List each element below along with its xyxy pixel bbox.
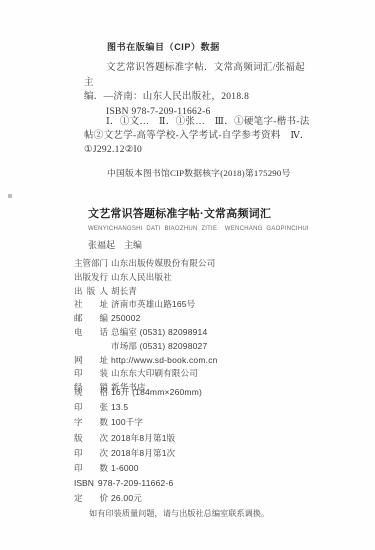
info-value: 13.5 bbox=[111, 402, 128, 412]
info-value: 2018年8月第1次 bbox=[111, 448, 175, 458]
cip-record-number: 中国版本图书馆CIP数据核字(2018)第175290号 bbox=[107, 166, 291, 179]
info-label: 印张 bbox=[74, 401, 108, 414]
info-label: 版次 bbox=[74, 432, 108, 445]
cip-classification: Ⅰ．①文… Ⅱ．①张… Ⅲ．①硬笔字-楷书-法 帖②文艺学-高等学校-入学考试-… bbox=[84, 115, 324, 158]
info-value: 山东人民出版社 bbox=[111, 272, 172, 282]
cip-entry-line: 文艺常识答题标准字帖．文常高频词汇/张福起主 bbox=[84, 61, 314, 90]
info-label: 印装 bbox=[74, 368, 108, 380]
info-label: 网址 bbox=[74, 355, 108, 367]
cip-class-line: 帖②文艺学-高等学校-入学考试-自学参考资料 Ⅳ． bbox=[84, 129, 324, 143]
info-value: 山东东大印刷有限公司 bbox=[111, 368, 198, 378]
cip-class-line: ①J292.12②I0 bbox=[84, 143, 324, 157]
info-value: 250002 bbox=[111, 313, 141, 323]
info-value: 978-7-209-11662-6 bbox=[98, 478, 174, 488]
info-row: 社址济南市英雄山路165号 bbox=[74, 297, 354, 311]
info-value: 山东出版传媒股份有限公司 bbox=[111, 258, 215, 268]
info-value: 总编室 (0531) 82098914 bbox=[111, 327, 207, 337]
info-label: 电话 bbox=[74, 327, 108, 339]
info-label: 规格 bbox=[74, 386, 108, 399]
info-label: 出版发行 bbox=[74, 272, 108, 284]
info-label: 主管部门 bbox=[74, 258, 108, 270]
info-value: 100千字 bbox=[111, 417, 143, 427]
info-row: 印次2018年8月第1次 bbox=[74, 445, 354, 460]
info-value: http://www.sd-book.com.cn bbox=[111, 355, 218, 365]
info-row: 印数1-6000 bbox=[74, 460, 354, 475]
info-row: 规格16开 (184mm×260mm) bbox=[74, 384, 354, 399]
price-row: 定价26.00元 bbox=[74, 490, 354, 505]
publication-info: 主管部门山东出版传媒股份有限公司 出版发行山东人民出版社 出版人胡长青 社址济南… bbox=[74, 256, 354, 394]
quality-note: 如有印装质量问题，请与出版社总编室联系调换。 bbox=[89, 507, 354, 520]
scan-artifact bbox=[8, 194, 12, 198]
info-row: 版次2018年8月第1版 bbox=[74, 430, 354, 445]
info-row: 字数100千字 bbox=[74, 414, 354, 429]
cip-entry-paragraph: 文艺常识答题标准字帖．文常高频词汇/张福起主 编．—济南：山东人民出版社，201… bbox=[84, 61, 314, 119]
book-author: 张福起 主编 bbox=[88, 238, 348, 251]
info-label: 定价 bbox=[74, 492, 108, 505]
info-row: 出版发行山东人民出版社 bbox=[74, 270, 354, 284]
cip-class-line: Ⅰ．①文… Ⅱ．①张… Ⅲ．①硬笔字-楷书-法 bbox=[84, 115, 324, 129]
title-block: 文艺常识答题标准字帖·文常高频词汇 WENYICHANGSHI DATI BIA… bbox=[88, 205, 348, 251]
info-label: 印数 bbox=[74, 462, 108, 475]
info-row: 电话总编室 (0531) 82098914 bbox=[74, 325, 354, 339]
book-title-pinyin: WENYICHANGSHI DATI BIAOZHUN ZITIE WENCHA… bbox=[88, 226, 348, 232]
cip-entry-line: 编．—济南：山东人民出版社，2018.8 bbox=[84, 90, 314, 105]
isbn-row: ISBN978-7-209-11662-6 bbox=[74, 475, 354, 490]
info-label: 字数 bbox=[74, 416, 108, 429]
info-value: 26.00元 bbox=[111, 493, 142, 503]
info-value: 胡长青 bbox=[111, 286, 137, 296]
info-value: 市场部 (0531) 82098027 bbox=[111, 341, 207, 351]
info-value: 1-6000 bbox=[111, 463, 139, 473]
info-value: 2018年8月第1版 bbox=[111, 433, 175, 443]
info-label: 出版人 bbox=[74, 286, 108, 298]
copyright-page: 图书在版编目（CIP）数据 文艺常识答题标准字帖．文常高频词汇/张福起主 编．—… bbox=[0, 0, 375, 550]
book-title: 文艺常识答题标准字帖·文常高频词汇 bbox=[88, 205, 348, 221]
info-row: 邮编250002 bbox=[74, 311, 354, 325]
info-label: 印次 bbox=[74, 447, 108, 460]
info-value: 济南市英雄山路165号 bbox=[111, 299, 195, 309]
print-info: 规格16开 (184mm×260mm) 印张13.5 字数100千字 版次201… bbox=[74, 384, 354, 520]
info-label: ISBN bbox=[74, 477, 94, 490]
info-value: 16开 (184mm×260mm) bbox=[111, 387, 202, 397]
info-row: 主管部门山东出版传媒股份有限公司 bbox=[74, 256, 354, 270]
info-row: 印张13.5 bbox=[74, 399, 354, 414]
info-row: 市场部 (0531) 82098027 bbox=[74, 339, 354, 353]
info-label: 社址 bbox=[74, 299, 108, 311]
info-row: 网址http://www.sd-book.com.cn bbox=[74, 353, 354, 367]
info-row: 出版人胡长青 bbox=[74, 284, 354, 298]
cip-heading: 图书在版编目（CIP）数据 bbox=[107, 40, 220, 53]
info-label: 邮编 bbox=[74, 313, 108, 325]
info-row: 印装山东东大印刷有限公司 bbox=[74, 366, 354, 380]
